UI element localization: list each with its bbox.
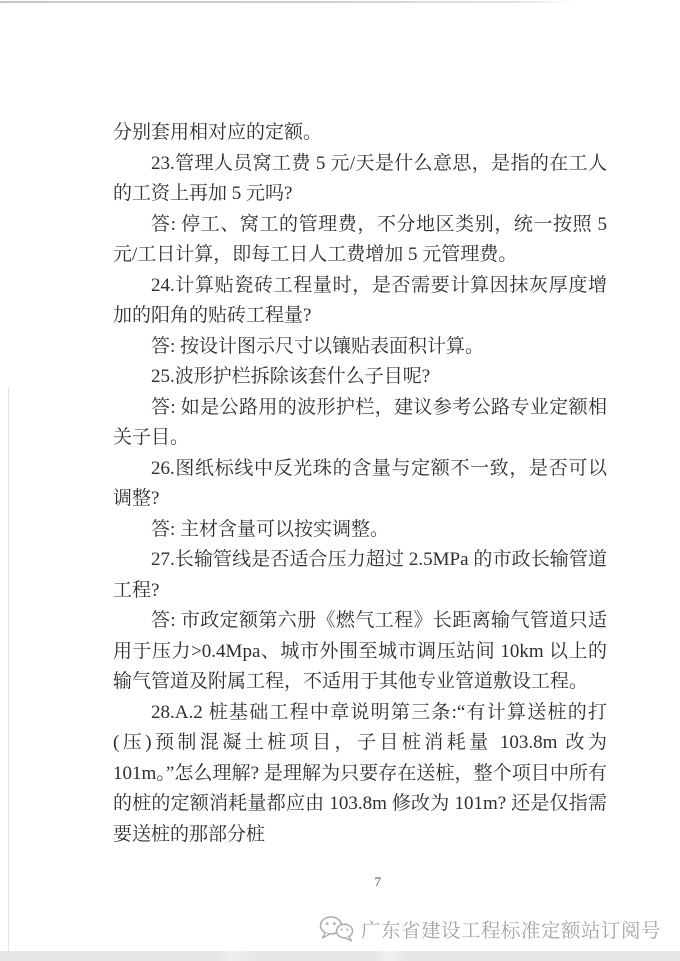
paragraph: 25.波形护栏拆除该套什么子目呢? [113,362,607,393]
paragraph: 答: 主材含量可以按实调整。 [113,515,607,546]
scan-artifact-left-line [8,388,9,951]
paragraph: 27.长输管线是否适合压力超过 2.5MPa 的市政长输管道工程? [113,545,607,606]
account-watermark-text: 广东省建设工程标准定额站订阅号 [361,915,661,943]
paragraph: 23.管理人员窝工费 5 元/天是什么意思，是指的在工人的工资上再加 5 元吗? [113,149,607,210]
scan-artifact-bottom-band [0,951,680,961]
paragraph: 答: 停工、窝工的管理费，不分地区类别，统一按照 5 元/工日计算，即每工日人工… [113,210,607,271]
document-page: 分别套用相对应的定额。23.管理人员窝工费 5 元/天是什么意思，是指的在工人的… [0,0,680,961]
account-watermark: 广东省建设工程标准定额站订阅号 [318,915,661,943]
paragraph: 答: 市政定额第六册《燃气工程》长距离输气管道只适用于压力>0.4Mpa、城市外… [113,606,607,698]
paragraph: 24.计算贴瓷砖工程量时，是否需要计算因抹灰厚度增加的阳角的贴砖工程量? [113,271,607,332]
paragraph: 28.A.2 桩基础工程中章说明第三条:“有计算送桩的打(压)预制混凝土桩项目，… [113,698,607,851]
page-number: 7 [113,874,643,890]
paragraph: 分别套用相对应的定额。 [113,118,607,149]
paragraph: 答: 按设计图示尺寸以镶贴表面积计算。 [113,332,607,363]
wechat-icon [318,915,354,943]
scan-artifact-top-line [0,1,575,3]
document-body: 分别套用相对应的定额。23.管理人员窝工费 5 元/天是什么意思，是指的在工人的… [113,118,607,850]
paragraph: 答: 如是公路用的波形护栏，建议参考公路专业定额相关子目。 [113,393,607,454]
paragraph: 26.图纸标线中反光珠的含量与定额不一致，是否可以调整? [113,454,607,515]
